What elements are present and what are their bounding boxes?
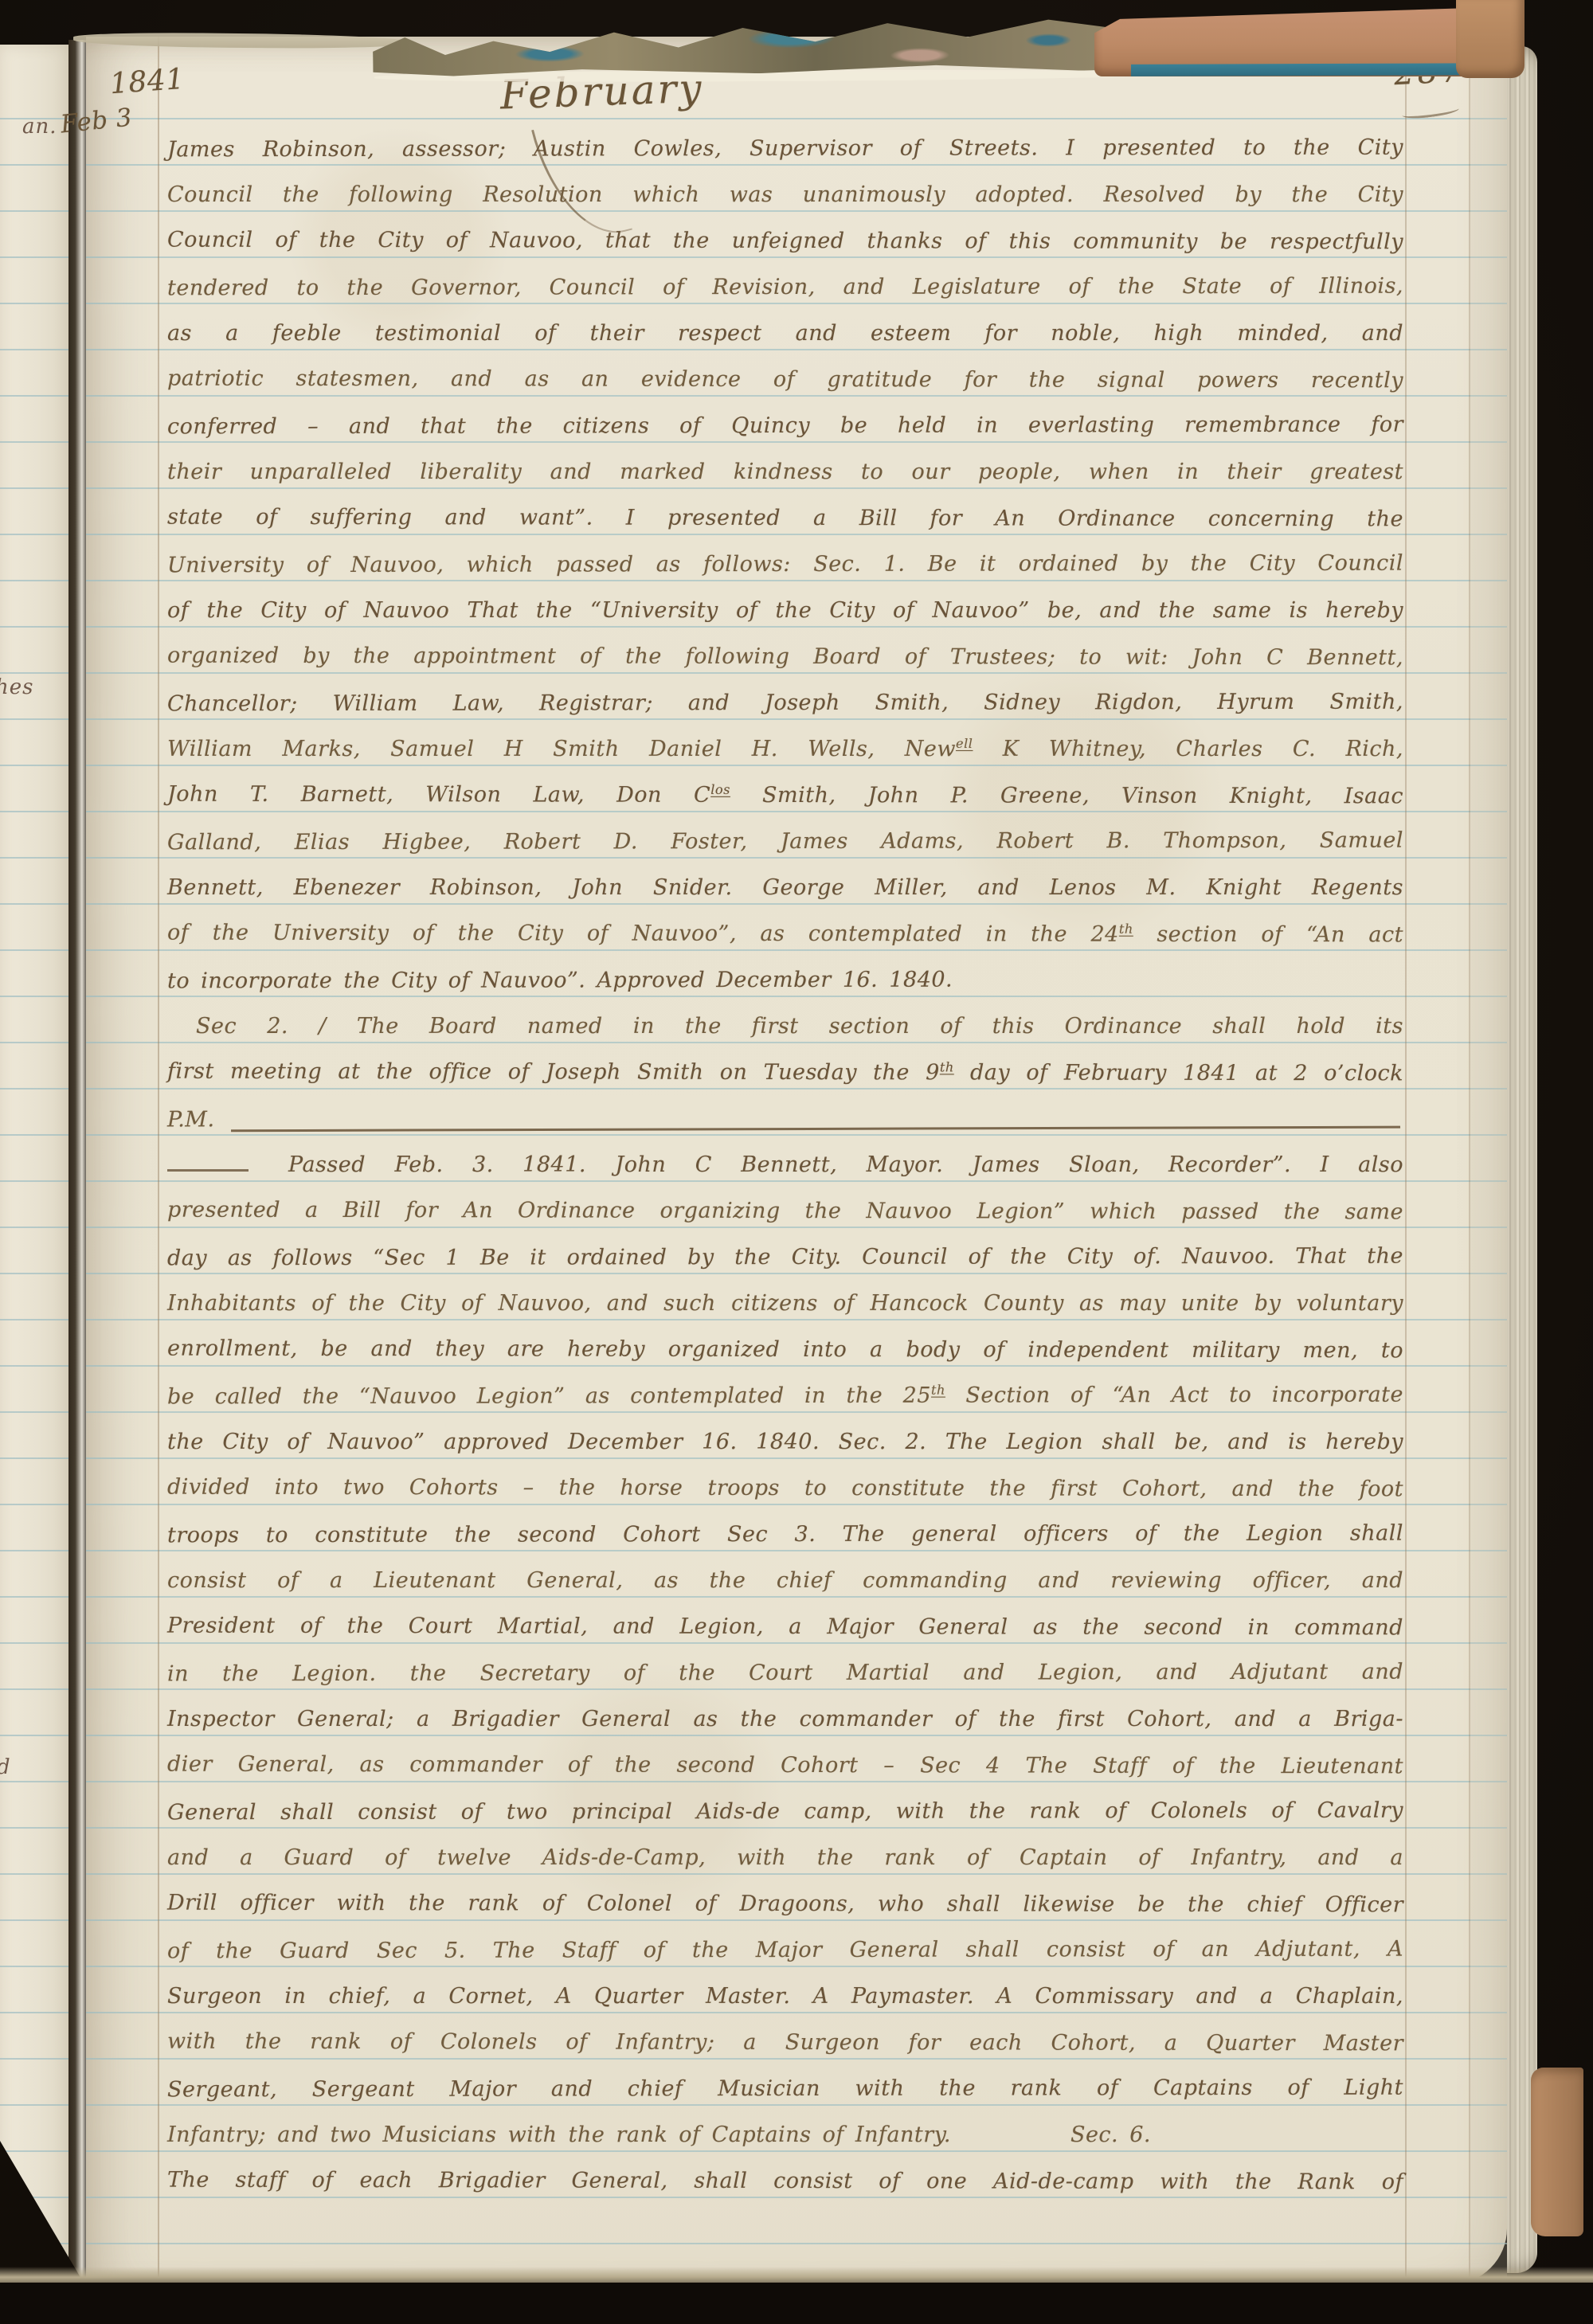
manuscript-line: be called the “Nauvoo Legion” as contemp… [167, 1372, 1403, 1421]
handwriting-text: consist of a Lieutenant General, as the … [167, 1568, 1403, 1593]
handwriting-text: Council of the City of Nauvoo, that the … [167, 228, 1403, 255]
handwriting-text: Inhabitants of the City of Nauvoo, and s… [167, 1291, 1403, 1316]
manuscript-line: Bennett, Ebenezer Robinson, John Snider.… [167, 865, 1403, 911]
handwriting-text: Bennett, Ebenezer Robinson, John Snider.… [167, 875, 1403, 900]
handwriting-text: President of the Court Martial, and Legi… [167, 1614, 1403, 1641]
handwriting-text: conferred – and that the citizens of Qui… [167, 413, 1403, 440]
manuscript-line: Drill officer with the rank of Colonel o… [167, 1880, 1403, 1929]
marbled-paper-scrap [373, 14, 1178, 77]
superscript: th [931, 1383, 945, 1398]
handwriting-text: Sec 2. / The Board named in the first se… [196, 1014, 1403, 1039]
manuscript-line: P.M. [167, 1095, 1403, 1144]
facing-page-text-fragment: an. [22, 115, 57, 139]
handwriting-text: University of Nauvoo, which passed as fo… [167, 551, 1403, 578]
handwriting-text: first meeting at the office of Joseph Sm… [167, 1059, 940, 1086]
manuscript-line: President of the Court Martial, and Legi… [167, 1603, 1403, 1652]
leather-corner-top-right [1456, 0, 1525, 78]
manuscript-line: and a Guard of twelve Aids-de-Camp, with… [167, 1835, 1403, 1881]
superscript: los [710, 782, 730, 797]
manuscript-line: conferred – and that the citizens of Qui… [167, 402, 1403, 451]
manuscript-line: Surgeon in chief, a Cornet, A Quarter Ma… [167, 1974, 1403, 2020]
manuscript-line: Galland, Elias Higbee, Robert D. Foster,… [167, 818, 1403, 867]
superscript: th [1119, 921, 1133, 937]
manuscript-line: Inhabitants of the City of Nauvoo, and s… [167, 1281, 1403, 1327]
handwriting-text: troops to constitute the second Cohort S… [167, 1521, 1403, 1548]
manuscript-line: as a feeble testimonial of their respect… [167, 311, 1403, 357]
handwriting-text: of the City of Nauvoo That the “Universi… [167, 598, 1403, 623]
manuscript-line: troops to constitute the second Cohort S… [167, 1511, 1403, 1559]
right-margin-line [1405, 37, 1407, 2284]
manuscript-line: consist of a Lieutenant General, as the … [167, 1558, 1403, 1604]
handwriting-text: William Marks, Samuel H Smith Daniel H. … [167, 737, 956, 761]
year-heading: 1841 [109, 63, 186, 100]
handwriting-text: dier General, as commander of the second… [167, 1752, 1403, 1779]
manuscript-line: of the Guard Sec 5. The Staff of the Maj… [167, 1927, 1403, 1975]
handwriting-text: Infantry; and two Musicians with the ran… [167, 2123, 951, 2147]
left-margin-line [158, 37, 159, 2284]
manuscript-line: enrollment, be and they are hereby organ… [167, 1326, 1403, 1375]
handwriting-text: presented a Bill for An Ordinance organi… [167, 1198, 1403, 1225]
handwriting-text: tendered to the Governor, Council of Rev… [167, 274, 1403, 301]
scanned-manuscript: an. hes d 1841 February 287 Feb 3 James … [0, 0, 1593, 2324]
ink-dash [167, 1157, 249, 1172]
manuscript-line: The staff of each Brigadier General, sha… [167, 2158, 1403, 2206]
manuscript-line: Infantry; and two Musicians with the ran… [167, 2112, 1403, 2158]
manuscript-line: Inspector General; a Brigadier General a… [167, 1696, 1403, 1743]
ink-rule [231, 1126, 1400, 1133]
facing-page-ruling [0, 118, 68, 2268]
manuscript-line: presented a Bill for An Ordinance organi… [167, 1187, 1403, 1236]
superscript: ell [956, 736, 973, 751]
manuscript-line: first meeting at the office of Joseph Sm… [167, 1049, 1403, 1097]
manuscript-page: 1841 February 287 Feb 3 James Robinson, … [86, 37, 1507, 2284]
handwriting-text: John T. Barnett, Wilson Law, Don C [167, 782, 710, 808]
handwriting-text: patriotic statesmen, and as an evidence … [167, 366, 1403, 393]
handwriting-text: as a feeble testimonial of their respect… [167, 321, 1403, 346]
handwriting-text: Passed Feb. 3. 1841. John C Bennett, May… [288, 1152, 1403, 1177]
handwriting-text: in the Legion. the Secretary of the Cour… [167, 1660, 1403, 1687]
handwriting-text: Smith, John P. Greene, Vinson Knight, Is… [730, 783, 1403, 808]
handwriting-text: of the University of the City of Nauvoo”… [167, 921, 1119, 947]
manuscript-line: John T. Barnett, Wilson Law, Don Clos Sm… [167, 772, 1403, 820]
handwriting-text: and a Guard of twelve Aids-de-Camp, with… [167, 1845, 1403, 1870]
handwriting-text: enrollment, be and they are hereby organ… [167, 1336, 1403, 1363]
handwriting-text: of the Guard Sec 5. The Staff of the Maj… [167, 1937, 1403, 1964]
facing-page-text-fragment: d [0, 1755, 11, 1779]
manuscript-line: Chancellor; William Law, Registrar; and … [167, 679, 1403, 728]
bottom-black-strip [0, 2283, 1593, 2324]
handwriting-text: the City of Nauvoo” approved December 16… [167, 1430, 1403, 1454]
manuscript-line: James Robinson, assessor; Austin Cowles,… [167, 125, 1403, 174]
manuscript-line: General shall consist of two principal A… [167, 1788, 1403, 1837]
handwriting-text: their unparalleled liberality and marked… [167, 460, 1403, 484]
manuscript-line: Passed Feb. 3. 1841. John C Bennett, May… [167, 1142, 1403, 1188]
handwriting-text: day as follows “Sec 1 Be it ordained by … [167, 1244, 1403, 1271]
handwriting-text: Council the following Resolution which w… [167, 182, 1403, 207]
manuscript-line: William Marks, Samuel H Smith Daniel H. … [167, 726, 1403, 773]
manuscript-line: Council of the City of Nauvoo, that the … [167, 217, 1403, 266]
facing-page-sliver: an. hes d [0, 45, 68, 2286]
page-edge-stack [1507, 46, 1537, 2273]
manuscript-line: with the rank of Colonels of Infantry; a… [167, 2019, 1403, 2068]
manuscript-line: the City of Nauvoo” approved December 16… [167, 1419, 1403, 1465]
manuscript-line: organized by the appointment of the foll… [167, 633, 1403, 682]
manuscript-lines: James Robinson, assessor; Austin Cowles,… [167, 126, 1403, 2205]
handwriting-text: K Whitney, Charles C. Rich, [973, 737, 1403, 761]
manuscript-line: Sec 2. / The Board named in the first se… [167, 1004, 1403, 1050]
handwriting-text: section of “An act [1133, 922, 1403, 948]
handwriting-text: to incorporate the City of Nauvoo”. Appr… [167, 968, 953, 994]
handwriting-text: P.M. [167, 1097, 215, 1143]
handwriting-text: day of February 1841 at 2 o’clock [954, 1060, 1403, 1086]
manuscript-line: patriotic statesmen, and as an evidence … [167, 356, 1403, 405]
manuscript-line: Council the following Resolution which w… [167, 172, 1403, 218]
manuscript-line: state of suffering and want”. I presente… [167, 495, 1403, 543]
handwriting-text: Sergeant, Sergeant Major and chief Music… [167, 2076, 1403, 2103]
facing-page-text-fragment: hes [0, 675, 33, 699]
manuscript-line: day as follows “Sec 1 Be it ordained by … [167, 1234, 1403, 1282]
superscript: th [940, 1059, 954, 1074]
manuscript-line: their unparalleled liberality and marked… [167, 449, 1403, 495]
manuscript-line: dier General, as commander of the second… [167, 1742, 1403, 1790]
manuscript-line: tendered to the Governor, Council of Rev… [167, 264, 1403, 312]
handwriting-text: The staff of each Brigadier General, sha… [167, 2168, 1403, 2195]
handwriting-gap [167, 1032, 196, 1033]
handwriting-text: Surgeon in chief, a Cornet, A Quarter Ma… [167, 1984, 1403, 2009]
manuscript-line: University of Nauvoo, which passed as fo… [167, 541, 1403, 589]
handwriting-text: Galland, Elias Higbee, Robert D. Foster,… [167, 828, 1403, 855]
handwriting-text: Sec. 6. [1070, 2123, 1151, 2147]
manuscript-line: to incorporate the City of Nauvoo”. Appr… [167, 957, 1403, 1005]
handwriting-text: Inspector General; a Brigadier General a… [167, 1707, 1403, 1731]
manuscript-line: divided into two Cohorts – the horse tro… [167, 1465, 1403, 1513]
page-fold-line [1469, 37, 1507, 2284]
handwriting-text: with the rank of Colonels of Infantry; a… [167, 2029, 1403, 2056]
handwriting-text: Section of “An Act to incorporate [945, 1383, 1403, 1408]
handwriting-text: organized by the appointment of the foll… [167, 644, 1403, 671]
handwriting-text: James Robinson, assessor; Austin Cowles,… [167, 135, 1403, 162]
handwriting-text: General shall consist of two principal A… [167, 1798, 1403, 1825]
handwriting-gap [951, 2141, 1070, 2142]
handwriting-text: be called the “Nauvoo Legion” as contemp… [167, 1383, 931, 1410]
handwriting-text: Drill officer with the rank of Colonel o… [167, 1891, 1403, 1918]
manuscript-line: Sergeant, Sergeant Major and chief Music… [167, 2065, 1403, 2114]
handwriting-text: state of suffering and want”. I presente… [167, 505, 1403, 532]
handwriting-text: divided into two Cohorts – the horse tro… [167, 1475, 1403, 1502]
manuscript-line: of the City of Nauvoo That the “Universi… [167, 588, 1403, 634]
manuscript-line: of the University of the City of Nauvoo”… [167, 910, 1403, 959]
handwriting-text: Chancellor; William Law, Registrar; and … [167, 690, 1403, 717]
leather-edge-lower-right [1531, 2068, 1583, 2236]
manuscript-line: in the Legion. the Secretary of the Cour… [167, 1649, 1403, 1698]
gutter-fold [68, 40, 88, 2286]
